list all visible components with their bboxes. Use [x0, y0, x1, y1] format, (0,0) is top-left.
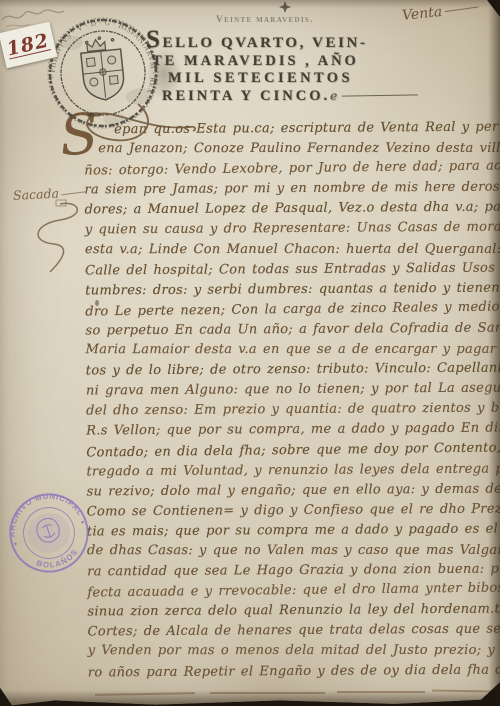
manuscript-line: tia es mais; que por su compra me a dado…	[87, 521, 500, 544]
manuscript-line: Maria Lamaior desta v.a en que se a de e…	[86, 342, 500, 362]
manuscript-line: esta v.a; Linde Con Manuel Chacon: huert…	[85, 241, 499, 261]
seal-shield	[81, 49, 126, 102]
paper-edge-shadow-bottom	[0, 690, 500, 706]
manuscript-line: Cortes; de Alcala de henares que trata d…	[88, 622, 500, 645]
paper-edge-shadow-top	[0, 0, 500, 8]
manuscript-line: de dhas Casas: y que no Valen mas y caso…	[87, 543, 500, 563]
ink-blot	[95, 300, 99, 306]
heading-rule	[342, 94, 418, 96]
manuscript-line: sinua zion zerca delo qual Renunzio la l…	[87, 602, 500, 625]
manuscript-line: y quien su causa y dro Representare: Una…	[85, 220, 499, 243]
seal-crown	[85, 36, 115, 52]
manuscript-body: epan qu.os Esta pu.ca; escriptura de Ven…	[84, 120, 500, 686]
archive-stamp: ARCHIVO MUNICIPAL BOLAÑOS	[0, 481, 101, 584]
paper-edge-shadow-right	[488, 0, 500, 706]
manuscript-line: y Venden por mas o menos dela mitad del …	[88, 643, 500, 663]
scanned-document-page: 182 Venta Veinte maravedis. SELLO QVARTO…	[0, 0, 500, 706]
margin-rubric-flourish	[20, 198, 90, 276]
manuscript-line: so perpetuo En cada Un año; a favor dela…	[85, 320, 499, 343]
royal-seal: · PHILIPPVS · V · D · G · HISPANIARVM · …	[43, 12, 164, 133]
royal-seal-stamp: · PHILIPPVS · V · D · G · HISPANIARVM · …	[40, 8, 212, 156]
catalog-number: 182	[5, 29, 52, 60]
heading-flourish: e	[330, 89, 337, 103]
manuscript-paper: 182 Venta Veinte maravedis. SELLO QVARTO…	[0, 0, 500, 706]
small-printed-line: Veinte maravedis.	[216, 15, 314, 25]
manuscript-line: ro años para Repetir el Engaño y des de …	[88, 662, 500, 685]
